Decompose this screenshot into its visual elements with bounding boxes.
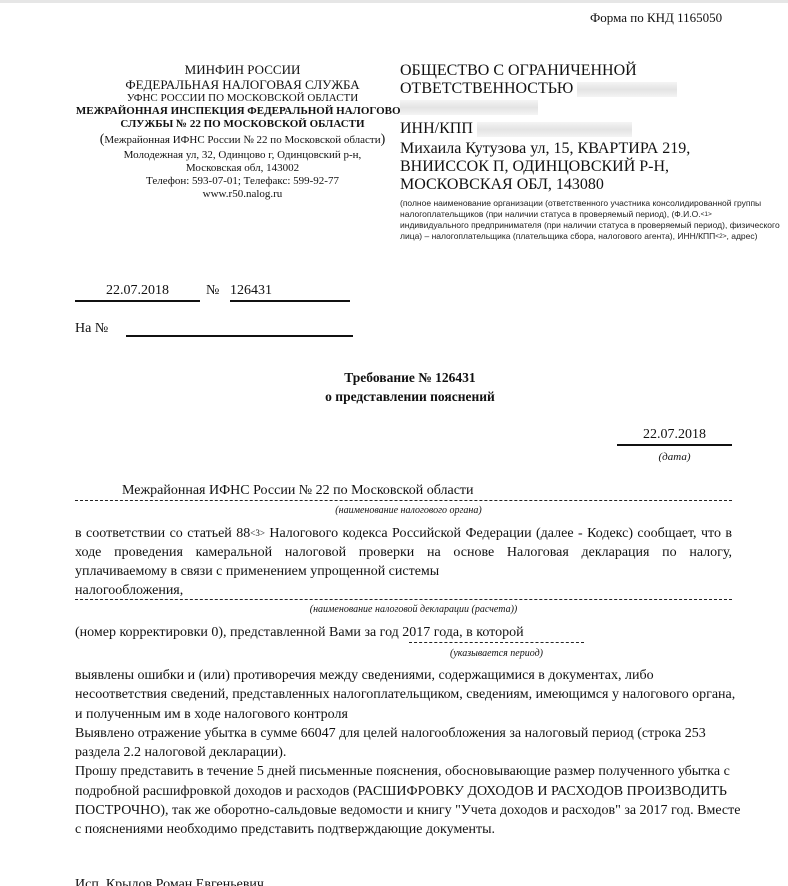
body-paragraph: Выявлено отражение убытка в сумме 66047 … xyxy=(75,724,745,763)
body-paragraph: Прошу представить в течение 5 дней письм… xyxy=(75,762,745,839)
outgoing-number: 126431 xyxy=(230,283,350,302)
tax-organ-caption: (наименование налогового органа) xyxy=(75,505,732,516)
intro-last-line: налогообложения, xyxy=(75,583,183,598)
intro-paragraph: в соответствии со статьей 88<3> Налогово… xyxy=(75,524,732,600)
redacted-company-name xyxy=(577,82,677,97)
recipient-name-line3 xyxy=(400,98,780,120)
regional-office: УФНС РОССИИ ПО МОСКОВСКОЙ ОБЛАСТИ xyxy=(70,92,415,105)
outgoing-date: 22.07.2018 xyxy=(75,283,200,302)
recipient-name-line1: ОБЩЕСТВО С ОГРАНИЧЕННОЙ xyxy=(400,62,780,80)
inspection-name: МЕЖРАЙОННАЯ ИНСПЕКЦИЯ ФЕДЕРАЛЬНОЙ НАЛОГО… xyxy=(70,105,415,131)
period-value: за год 2017 года xyxy=(364,625,459,640)
recipient-address: Михаила Кутузова ул, 15, КВАРТИРА 219, В… xyxy=(400,140,780,194)
recipient-caption: (полное наименование организации (ответс… xyxy=(400,198,780,242)
inspection-short-name: (Межрайонная ИФНС России № 22 по Московс… xyxy=(70,131,415,149)
title-line2: о представлении пояснений xyxy=(0,387,788,406)
issuing-authority-block: МИНФИН РОССИИ ФЕДЕРАЛЬНАЯ НАЛОГОВАЯ СЛУЖ… xyxy=(70,62,415,201)
outgoing-number-sign: № xyxy=(206,283,219,299)
document-title: Требование № 126431 о представлении пояс… xyxy=(0,368,788,406)
authority-website: www.r50.nalog.ru xyxy=(70,188,415,201)
recipient-block: ОБЩЕСТВО С ОГРАНИЧЕННОЙ ОТВЕТСТВЕННОСТЬЮ… xyxy=(400,62,780,242)
redacted-company-name-cont xyxy=(400,100,538,115)
tax-organ-name: Межрайонная ИФНС России № 22 по Московск… xyxy=(75,483,732,501)
viewer-top-border xyxy=(0,0,788,3)
authority-address-line1: Молодежная ул, 32, Одинцово г, Одинцовск… xyxy=(70,149,415,162)
authority-phones: Телефон: 593-07-01; Телефакс: 599-92-77 xyxy=(70,175,415,188)
authority-address-line2: Московская обл, 143002 xyxy=(70,162,415,175)
period-dashed-line xyxy=(409,641,584,643)
body-paragraphs: выявлены ошибки и (или) противоречия меж… xyxy=(75,666,745,840)
document-date-caption: (дата) xyxy=(617,451,732,463)
service-name: ФЕДЕРАЛЬНАЯ НАЛОГОВАЯ СЛУЖБА xyxy=(70,77,415,92)
recipient-inn-row: ИНН/КПП xyxy=(400,120,780,138)
period-caption: (указывается период) xyxy=(409,648,584,659)
reply-to-label: На № xyxy=(75,321,108,337)
ministry-name: МИНФИН РОССИИ xyxy=(70,62,415,77)
period-line: (номер корректировки 0), представленной … xyxy=(75,624,524,642)
recipient-name-line2: ОТВЕТСТВЕННОСТЬЮ xyxy=(400,80,780,98)
executor-name: Исп. Крылов Роман Евгеньевич xyxy=(75,877,264,886)
declaration-caption: (наименование налоговой декларации (расч… xyxy=(75,604,732,615)
redacted-inn-kpp xyxy=(477,122,632,137)
document-date: 22.07.2018 xyxy=(617,427,732,446)
form-code: Форма по КНД 1165050 xyxy=(590,10,722,26)
title-line1: Требование № 126431 xyxy=(0,368,788,387)
declaration-dashed-line xyxy=(75,598,732,600)
reply-to-number-line xyxy=(126,335,353,337)
body-paragraph: выявлены ошибки и (или) противоречия меж… xyxy=(75,666,745,724)
